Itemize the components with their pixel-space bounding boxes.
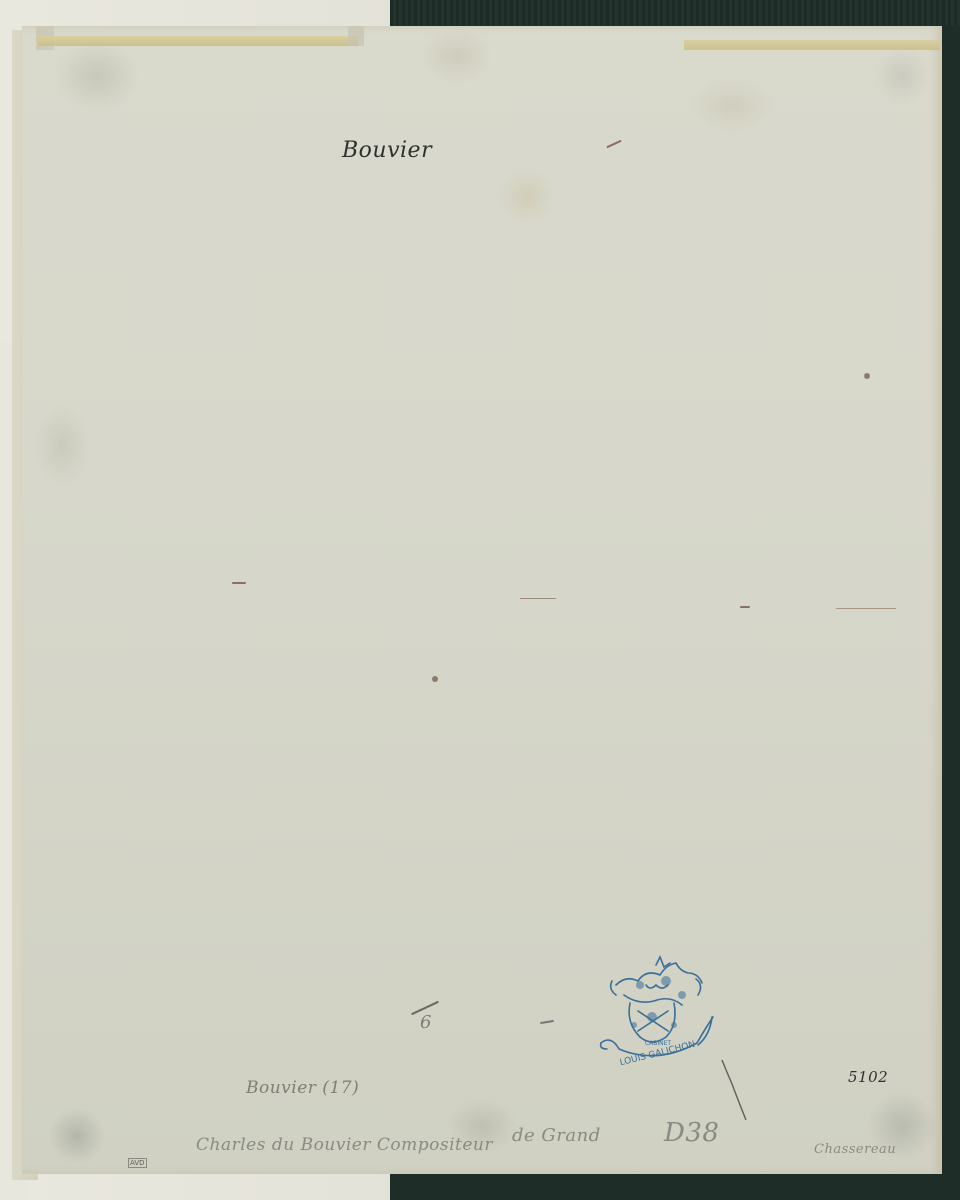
mark-dash [232,582,246,584]
inscription-lower-left: Bouvier (17) [246,1078,359,1098]
inventory-label: AVD [128,1158,147,1168]
mark-dash [740,606,750,608]
hinge-tape-right [684,40,940,50]
inscription-right-number: 5102 [848,1068,888,1086]
coat-of-arms-stamp-icon: CABINET LOUIS GALICHON [596,955,720,1067]
tape-left-end [348,26,364,46]
backdrop-dark-texture [390,0,960,26]
hinge-tape-left [38,36,358,46]
inscription-bottom-line-left: Charles du Bouvier Compositeur [196,1135,493,1155]
foxing-spot [864,373,870,379]
inscription-catalog-number: D38 [664,1118,719,1148]
paper-sheet [22,26,942,1174]
inscription-top-name: Bouvier [342,138,432,163]
mark-dash [836,608,896,609]
pencil-stroke [720,1058,750,1122]
foxing-spot [432,676,438,682]
inscription-bottom-line-middle: de Grand [512,1125,601,1146]
inscription-middle-mark: 6 [420,1012,432,1033]
mark-dash [520,598,556,599]
inscription-bottom-right: Chassereau [814,1142,896,1157]
